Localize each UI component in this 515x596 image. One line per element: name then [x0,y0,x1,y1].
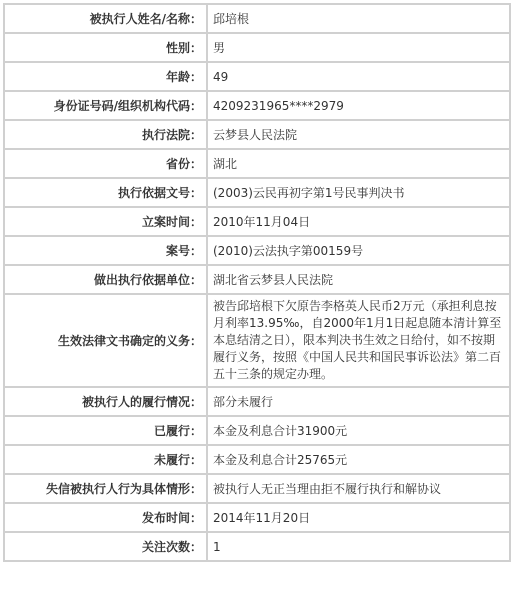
value-follow-count: 1 [207,532,510,561]
label-issuing-unit: 做出执行依据单位： [4,265,207,294]
label-age: 年龄： [4,62,207,91]
value-obligation: 被告邱培根下欠原告李格英人民币2万元（承担利息按月利率13.95‰，自2000年… [207,294,510,387]
value-filing-date: 2010年11月04日 [207,207,510,236]
value-court: 云梦县人民法院 [207,120,510,149]
row-case-number: 案号： (2010)云法执字第00159号 [4,236,510,265]
row-basis-doc-number: 执行依据文号： (2003)云民再初字第1号民事判决书 [4,178,510,207]
row-id-number: 身份证号码/组织机构代码： 4209231965****2979 [4,91,510,120]
value-publish-date: 2014年11月20日 [207,503,510,532]
value-unperformed: 本金及利息合计25765元 [207,445,510,474]
row-court: 执行法院： 云梦县人民法院 [4,120,510,149]
row-follow-count: 关注次数： 1 [4,532,510,561]
row-name: 被执行人姓名/名称： 邱培根 [4,4,510,33]
value-case-number: (2010)云法执字第00159号 [207,236,510,265]
label-case-number: 案号： [4,236,207,265]
row-performance-status: 被执行人的履行情况： 部分未履行 [4,387,510,416]
label-publish-date: 发布时间： [4,503,207,532]
label-court: 执行法院： [4,120,207,149]
row-obligation: 生效法律文书确定的义务： 被告邱培根下欠原告李格英人民币2万元（承担利息按月利率… [4,294,510,387]
record-detail-container: 被执行人姓名/名称： 邱培根 性别： 男 年龄： 49 身份证号码/组织机构代码… [3,3,511,562]
label-gender: 性别： [4,33,207,62]
label-province: 省份： [4,149,207,178]
row-province: 省份： 湖北 [4,149,510,178]
value-id-number: 4209231965****2979 [207,91,510,120]
label-performance-status: 被执行人的履行情况： [4,387,207,416]
label-obligation: 生效法律文书确定的义务： [4,294,207,387]
value-performance-status: 部分未履行 [207,387,510,416]
row-publish-date: 发布时间： 2014年11月20日 [4,503,510,532]
label-id-number: 身份证号码/组织机构代码： [4,91,207,120]
row-age: 年龄： 49 [4,62,510,91]
label-follow-count: 关注次数： [4,532,207,561]
record-detail-table: 被执行人姓名/名称： 邱培根 性别： 男 年龄： 49 身份证号码/组织机构代码… [3,3,511,562]
value-issuing-unit: 湖北省云梦县人民法院 [207,265,510,294]
row-gender: 性别： 男 [4,33,510,62]
label-unperformed: 未履行： [4,445,207,474]
value-basis-doc-number: (2003)云民再初字第1号民事判决书 [207,178,510,207]
label-dishonest-behavior: 失信被执行人行为具体情形： [4,474,207,503]
value-dishonest-behavior: 被执行人无正当理由拒不履行执行和解协议 [207,474,510,503]
label-performed: 已履行： [4,416,207,445]
row-dishonest-behavior: 失信被执行人行为具体情形： 被执行人无正当理由拒不履行执行和解协议 [4,474,510,503]
value-age: 49 [207,62,510,91]
row-performed: 已履行： 本金及利息合计31900元 [4,416,510,445]
label-filing-date: 立案时间： [4,207,207,236]
label-name: 被执行人姓名/名称： [4,4,207,33]
value-performed: 本金及利息合计31900元 [207,416,510,445]
value-gender: 男 [207,33,510,62]
label-basis-doc-number: 执行依据文号： [4,178,207,207]
value-province: 湖北 [207,149,510,178]
row-filing-date: 立案时间： 2010年11月04日 [4,207,510,236]
row-unperformed: 未履行： 本金及利息合计25765元 [4,445,510,474]
row-issuing-unit: 做出执行依据单位： 湖北省云梦县人民法院 [4,265,510,294]
value-name: 邱培根 [207,4,510,33]
